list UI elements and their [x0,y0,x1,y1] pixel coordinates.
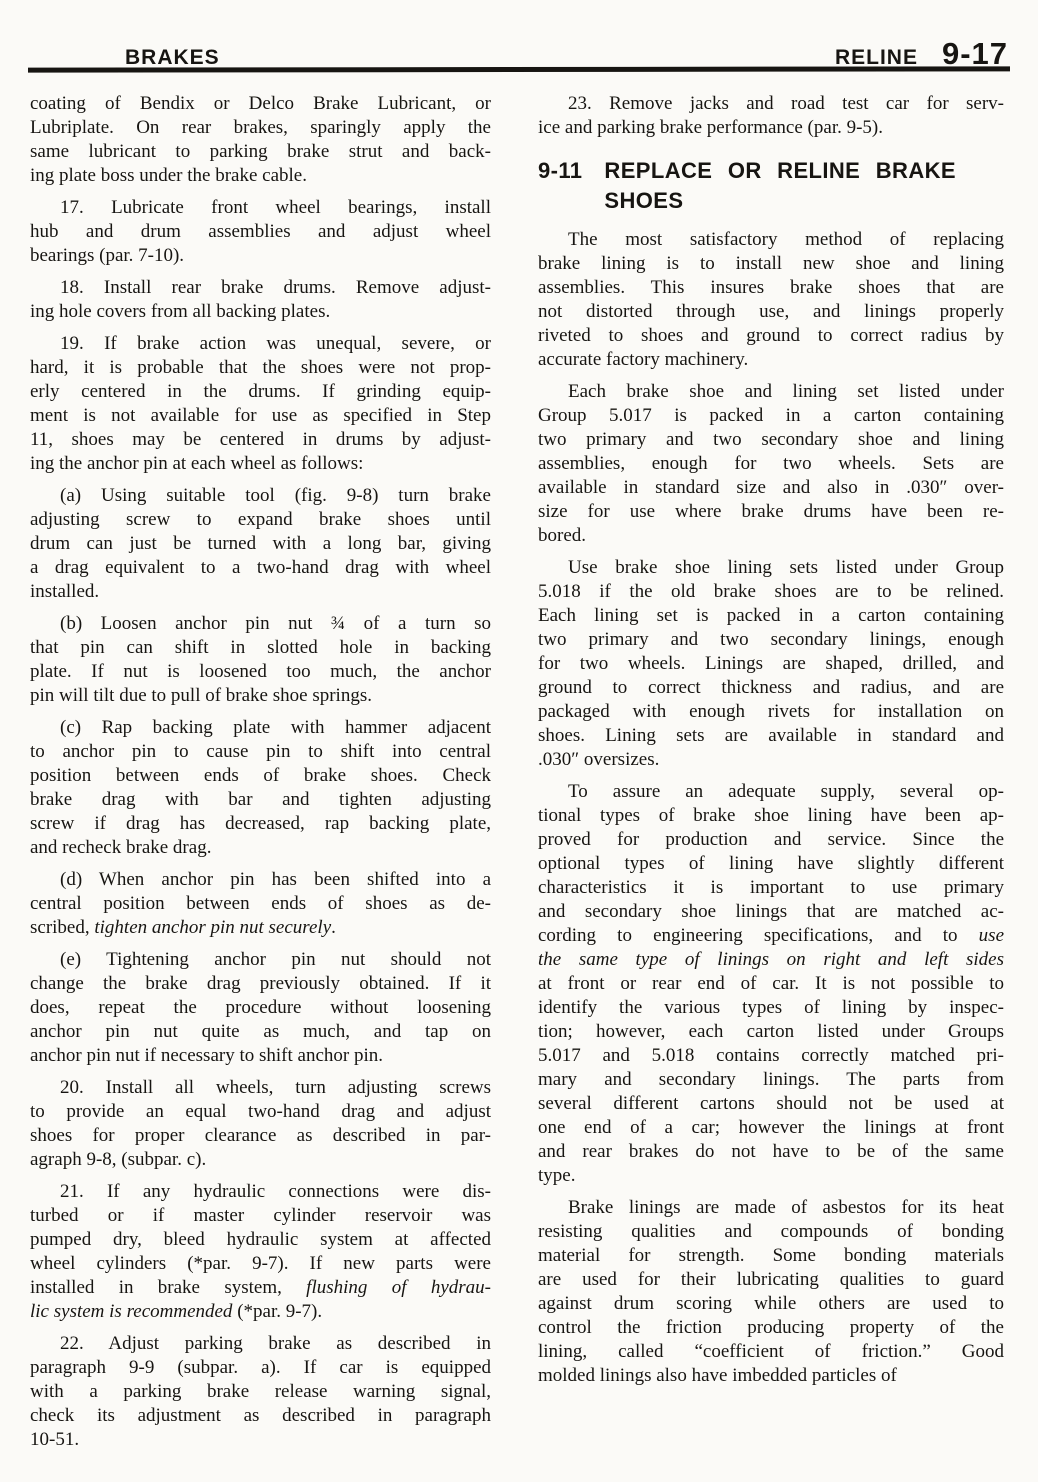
text-line: Brake linings are made of asbestos for i… [538,1196,1004,1220]
body-text: ment is not available for use as specifi… [30,405,491,426]
text-line: 17. Lubricate front wheel bearings, inst… [30,196,491,220]
text-line: The most satisfactory method of replacin… [538,228,1004,252]
text-line: mary and secondary linings. The parts fr… [538,1068,1004,1092]
body-text: change the brake drag previously obtaine… [30,973,491,994]
body-text: 17. Lubricate front wheel bearings, inst… [60,197,491,218]
body-text: to provide an equal two-hand drag and ad… [30,1101,491,1122]
text-line: (d) When anchor pin has been shifted int… [30,868,491,892]
italic-text: flushing of hydrau- [306,1277,491,1298]
section-number: 9-11 [538,156,582,216]
text-line: tional types of brake shoe lining have b… [538,804,1004,828]
body-text: shoes for proper clearance as described … [30,1125,491,1146]
body-text: (d) When anchor pin has been shifted int… [60,869,491,890]
text-line: 23. Remove jacks and road test car for s… [538,92,1004,116]
text-line: screw if drag has decreased, rap backing… [30,812,491,836]
body-text: mary and secondary linings. The parts fr… [538,1069,1004,1090]
text-line: two primary and two secondary shoe and l… [538,428,1004,452]
text-line: Use brake shoe lining sets listed under … [538,556,1004,580]
text-line: one end of a car; however the linings at… [538,1116,1004,1140]
text-line: (c) Rap backing plate with hammer adjace… [30,716,491,740]
body-text: paragraph 9-9 (subpar. a). If car is equ… [30,1357,491,1378]
body-text: 18. Install rear brake drums. Remove adj… [60,277,491,298]
text-line: agraph 9-8, (subpar. c). [30,1148,491,1172]
text-line: position between ends of brake shoes. Ch… [30,764,491,788]
text-line: and rear brakes do not have to be of the… [538,1140,1004,1164]
text-line: to provide an equal two-hand drag and ad… [30,1100,491,1124]
text-line: erly centered in the drums. If grinding … [30,380,491,404]
text-line: Each brake shoe and lining set listed un… [538,380,1004,404]
body-text: (b) Loosen anchor pin nut ¾ of a turn so [60,613,491,634]
text-line: 20. Install all wheels, turn adjusting s… [30,1076,491,1100]
text-line: Each lining set is packed in a carton co… [538,604,1004,628]
text-line: with a parking brake release warning sig… [30,1380,491,1404]
body-text: plate. If nut is loosened too much, the … [30,661,491,682]
body-text: proved for production and service. Since… [538,829,1004,850]
text-line: ment is not available for use as specifi… [30,404,491,428]
text-line: two primary and two secondary linings, e… [538,628,1004,652]
body-text: 10-51. [30,1429,79,1450]
text-line: ing the anchor pin at each wheel as foll… [30,452,491,476]
body-text: ice and parking brake performance (par. … [538,117,883,138]
body-text: and secondary shoe linings that are matc… [538,901,1004,922]
body-text: wheel cylinders (*par. 9-7). If new part… [30,1253,491,1274]
body-text: and recheck brake drag. [30,837,211,858]
body-text: Brake linings are made of asbestos for i… [568,1197,1004,1218]
paragraph: 20. Install all wheels, turn adjusting s… [30,1076,491,1172]
body-text: size for use where brake drums have been… [538,501,1004,522]
text-line: 22. Adjust parking brake as described in [30,1332,491,1356]
body-text: screw if drag has decreased, rap backing… [30,813,491,834]
body-text: tion; however, each carton listed under … [538,1021,1004,1042]
running-head-chapter: BRAKES [125,46,220,70]
text-line: ing hole covers from all backing plates. [30,300,491,324]
body-text: 21. If any hydraulic connections were di… [60,1181,491,1202]
text-line: wheel cylinders (*par. 9-7). If new part… [30,1252,491,1276]
body-text: lining, called “coefficient of friction.… [538,1341,1004,1362]
text-line: installed. [30,580,491,604]
text-line: Group 5.017 is packed in a carton contai… [538,404,1004,428]
body-text: adjusting screw to expand brake shoes un… [30,509,491,530]
text-line: that pin can shift in slotted hole in ba… [30,636,491,660]
text-line: 10-51. [30,1428,491,1452]
paragraph: (c) Rap backing plate with hammer adjace… [30,716,491,860]
text-line: (b) Loosen anchor pin nut ¾ of a turn so [30,612,491,636]
paragraph: The most satisfactory method of replacin… [538,228,1004,372]
body-text: Use brake shoe lining sets listed under … [568,557,1004,578]
body-text: are used for their lubricating qualities… [538,1269,1004,1290]
italic-text: lic system is recommended [30,1301,232,1322]
body-text: material for strength. Some bonding mate… [538,1245,1004,1266]
text-line: lic system is recommended (*par. 9-7). [30,1300,491,1324]
text-line: bearings (par. 7-10). [30,244,491,268]
text-line: control the friction producing property … [538,1316,1004,1340]
text-line: proved for production and service. Since… [538,828,1004,852]
text-line: (a) Using suitable tool (fig. 9-8) turn … [30,484,491,508]
body-text: Each lining set is packed in a carton co… [538,605,1004,626]
text-line: ice and parking brake performance (par. … [538,116,1004,140]
body-text: ing the anchor pin at each wheel as foll… [30,453,363,474]
body-text: one end of a car; however the linings at… [538,1117,1004,1138]
paragraph: (d) When anchor pin has been shifted int… [30,868,491,940]
text-line: to anchor pin to cause pin to shift into… [30,740,491,764]
body-text: molded linings also have imbedded partic… [538,1365,897,1386]
text-line: tion; however, each carton listed under … [538,1020,1004,1044]
body-text: cording to engineering specifications, a… [538,925,979,946]
body-text: To assure an adequate supply, several op… [568,781,1004,802]
body-text: hub and drum assemblies and adjust wheel [30,221,491,242]
text-line: cording to engineering specifications, a… [538,924,1004,948]
text-line: packaged with enough rivets for installa… [538,700,1004,724]
body-text: . [331,917,336,938]
body-text: anchor pin nut if necessary to shift anc… [30,1045,383,1066]
text-line: hard, it is probable that the shoes were… [30,356,491,380]
body-text: Group 5.017 is packed in a carton contai… [538,405,1004,426]
body-text: with a parking brake release warning sig… [30,1381,491,1402]
text-line: molded linings also have imbedded partic… [538,1364,1004,1388]
body-text: ing hole covers from all backing plates. [30,301,330,322]
body-text: shoes. Lining sets are available in stan… [538,725,1004,746]
body-text: type. [538,1165,575,1186]
text-line: available in standard size and also in .… [538,476,1004,500]
body-text: turbed or if master cylinder reservoir w… [30,1205,491,1226]
text-line: size for use where brake drums have been… [538,500,1004,524]
body-text: characteristics it is important to use p… [538,877,1004,898]
body-text: scribed, [30,917,94,938]
body-text: to anchor pin to cause pin to shift into… [30,741,491,762]
text-line: at front or rear end of car. It is not p… [538,972,1004,996]
body-text: available in standard size and also in .… [538,477,1004,498]
text-line: pumped dry, bleed hydraulic system at af… [30,1228,491,1252]
paragraph: 23. Remove jacks and road test car for s… [538,92,1004,140]
paragraph: 22. Adjust parking brake as described in… [30,1332,491,1452]
body-text: The most satisfactory method of replacin… [568,229,1004,250]
body-text: that pin can shift in slotted hole in ba… [30,637,491,658]
text-line: characteristics it is important to use p… [538,876,1004,900]
body-text: coating of Bendix or Delco Brake Lubrica… [30,93,491,114]
body-text: drum can just be turned with a long bar,… [30,533,491,554]
body-text: bearings (par. 7-10). [30,245,184,266]
body-text: riveted to shoes and ground to correct r… [538,325,1004,346]
body-text: a drag equivalent to a two-hand drag wit… [30,557,491,578]
paragraph: Use brake shoe lining sets listed under … [538,556,1004,772]
body-text: against drum scoring while others are us… [538,1293,1004,1314]
text-line: does, repeat the procedure without loose… [30,996,491,1020]
text-line: pin will tilt due to pull of brake shoe … [30,684,491,708]
body-text: 22. Adjust parking brake as described in [60,1333,491,1354]
text-line: ground to correct thickness and radius, … [538,676,1004,700]
text-line: material for strength. Some bonding mate… [538,1244,1004,1268]
body-text: assemblies. This insures brake shoes tha… [538,277,1004,298]
text-line: brake lining is to install new shoe and … [538,252,1004,276]
text-line: resisting qualities and compounds of bon… [538,1220,1004,1244]
text-line: installed in brake system, flushing of h… [30,1276,491,1300]
text-line: lining, called “coefficient of friction.… [538,1340,1004,1364]
text-line: not distorted through use, and linings p… [538,300,1004,324]
body-text: ground to correct thickness and radius, … [538,677,1004,698]
body-text: 19. If brake action was unequal, severe,… [60,333,491,354]
body-text: (e) Tightening anchor pin nut should not [60,949,491,970]
text-line: (e) Tightening anchor pin nut should not [30,948,491,972]
body-text: two primary and two secondary shoe and l… [538,429,1004,450]
text-columns: coating of Bendix or Delco Brake Lubrica… [30,92,1004,1452]
paragraph: (e) Tightening anchor pin nut should not… [30,948,491,1068]
body-text: ing plate boss under the brake cable. [30,165,307,186]
italic-text: the same type of linings on right and le… [538,949,1004,970]
text-line: check its adjustment as described in par… [30,1404,491,1428]
text-line: are used for their lubricating qualities… [538,1268,1004,1292]
text-line: bored. [538,524,1004,548]
text-line: shoes. Lining sets are available in stan… [538,724,1004,748]
manual-page: BRAKES RELINE 9-17 coating of Bendix or … [0,0,1038,1482]
body-text: check its adjustment as described in par… [30,1405,491,1426]
body-text: brake drag with bar and tighten adjustin… [30,789,491,810]
right-column: 23. Remove jacks and road test car for s… [538,92,1004,1452]
body-text: installed. [30,581,99,602]
body-text: agraph 9-8, (subpar. c). [30,1149,206,1170]
paragraph: 18. Install rear brake drums. Remove adj… [30,276,491,324]
text-line: drum can just be turned with a long bar,… [30,532,491,556]
body-text: brake lining is to install new shoe and … [538,253,1004,274]
text-line: and recheck brake drag. [30,836,491,860]
text-line: 18. Install rear brake drums. Remove adj… [30,276,491,300]
body-text: same lubricant to parking brake strut an… [30,141,491,162]
body-text: .030″ oversizes. [538,749,659,770]
text-line: change the brake drag previously obtaine… [30,972,491,996]
text-line: coating of Bendix or Delco Brake Lubrica… [30,92,491,116]
body-text: identify the various types of lining by … [538,997,1004,1018]
text-line: plate. If nut is loosened too much, the … [30,660,491,684]
paragraph: 21. If any hydraulic connections were di… [30,1180,491,1324]
body-text: packaged with enough rivets for installa… [538,701,1004,722]
body-text: installed in brake system, [30,1277,306,1298]
body-text: anchor pin nut quite as much, and tap on [30,1021,491,1042]
italic-text: tighten anchor pin nut securely [94,917,331,938]
text-line: same lubricant to parking brake strut an… [30,140,491,164]
paragraph: (a) Using suitable tool (fig. 9-8) turn … [30,484,491,604]
body-text: at front or rear end of car. It is not p… [538,973,1004,994]
body-text: bored. [538,525,586,546]
body-text: pin will tilt due to pull of brake shoe … [30,685,372,706]
body-text: several different cartons should not be … [538,1093,1004,1114]
body-text: (a) Using suitable tool (fig. 9-8) turn … [60,485,491,506]
text-line: 21. If any hydraulic connections were di… [30,1180,491,1204]
text-line: identify the various types of lining by … [538,996,1004,1020]
text-line: hub and drum assemblies and adjust wheel [30,220,491,244]
text-line: a drag equivalent to a two-hand drag wit… [30,556,491,580]
body-text: (c) Rap backing plate with hammer adjace… [60,717,491,738]
section-heading: 9-11REPLACE OR RELINE BRAKESHOES [538,156,1004,216]
text-line: 11, shoes may be centered in drums by ad… [30,428,491,452]
body-text: optional types of lining have slightly d… [538,853,1004,874]
body-text: control the friction producing property … [538,1317,1004,1338]
text-line: brake drag with bar and tighten adjustin… [30,788,491,812]
text-line: paragraph 9-9 (subpar. a). If car is equ… [30,1356,491,1380]
text-line: 19. If brake action was unequal, severe,… [30,332,491,356]
body-text: 20. Install all wheels, turn adjusting s… [60,1077,491,1098]
body-text: 23. Remove jacks and road test car for s… [568,93,1004,114]
text-line: optional types of lining have slightly d… [538,852,1004,876]
left-column: coating of Bendix or Delco Brake Lubrica… [30,92,491,1452]
body-text: two primary and two secondary linings, e… [538,629,1004,650]
text-line: adjusting screw to expand brake shoes un… [30,508,491,532]
body-text: and rear brakes do not have to be of the… [538,1141,1004,1162]
paragraph: To assure an adequate supply, several op… [538,780,1004,1188]
paragraph: 17. Lubricate front wheel bearings, inst… [30,196,491,268]
text-line: for two wheels. Linings are shaped, dril… [538,652,1004,676]
text-line: Lubriplate. On rear brakes, sparingly ap… [30,116,491,140]
body-text: hard, it is probable that the shoes were… [30,357,491,378]
body-text: position between ends of brake shoes. Ch… [30,765,491,786]
text-line: central position between ends of shoes a… [30,892,491,916]
body-text: Each brake shoe and lining set listed un… [568,381,1004,402]
paragraph: Each brake shoe and lining set listed un… [538,380,1004,548]
text-line: .030″ oversizes. [538,748,1004,772]
text-line: anchor pin nut quite as much, and tap on [30,1020,491,1044]
text-line: ing plate boss under the brake cable. [30,164,491,188]
body-text: assemblies, enough for two wheels. Sets … [538,453,1004,474]
text-line: against drum scoring while others are us… [538,1292,1004,1316]
body-text: 5.017 and 5.018 contains correctly match… [538,1045,1004,1066]
paragraph: (b) Loosen anchor pin nut ¾ of a turn so… [30,612,491,708]
text-line: the same type of linings on right and le… [538,948,1004,972]
italic-text: use [979,925,1004,946]
text-line: several different cartons should not be … [538,1092,1004,1116]
body-text: Lubriplate. On rear brakes, sparingly ap… [30,117,491,138]
body-text: tional types of brake shoe lining have b… [538,805,1004,826]
body-text: accurate factory machinery. [538,349,748,370]
body-text: erly centered in the drums. If grinding … [30,381,491,402]
paragraph: coating of Bendix or Delco Brake Lubrica… [30,92,491,188]
text-line: assemblies. This insures brake shoes tha… [538,276,1004,300]
text-line: turbed or if master cylinder reservoir w… [30,1204,491,1228]
text-line: type. [538,1164,1004,1188]
text-line: assemblies, enough for two wheels. Sets … [538,452,1004,476]
text-line: anchor pin nut if necessary to shift anc… [30,1044,491,1068]
body-text: does, repeat the procedure without loose… [30,997,491,1018]
text-line: 5.017 and 5.018 contains correctly match… [538,1044,1004,1068]
body-text: central position between ends of shoes a… [30,893,491,914]
paragraph: Brake linings are made of asbestos for i… [538,1196,1004,1388]
body-text: pumped dry, bleed hydraulic system at af… [30,1229,491,1250]
body-text: (*par. 9-7). [232,1301,322,1322]
paragraph: 19. If brake action was unequal, severe,… [30,332,491,476]
text-line: To assure an adequate supply, several op… [538,780,1004,804]
body-text: 5.018 if the old brake shoes are to be r… [538,581,1004,602]
text-line: 5.018 if the old brake shoes are to be r… [538,580,1004,604]
section-title: REPLACE OR RELINE BRAKESHOES [604,156,1004,216]
body-text: 11, shoes may be centered in drums by ad… [30,429,491,450]
body-text: not distorted through use, and linings p… [538,301,1004,322]
text-line: accurate factory machinery. [538,348,1004,372]
text-line: riveted to shoes and ground to correct r… [538,324,1004,348]
text-line: shoes for proper clearance as described … [30,1124,491,1148]
body-text: for two wheels. Linings are shaped, dril… [538,653,1004,674]
text-line: and secondary shoe linings that are matc… [538,900,1004,924]
body-text: resisting qualities and compounds of bon… [538,1221,1004,1242]
text-line: scribed, tighten anchor pin nut securely… [30,916,491,940]
